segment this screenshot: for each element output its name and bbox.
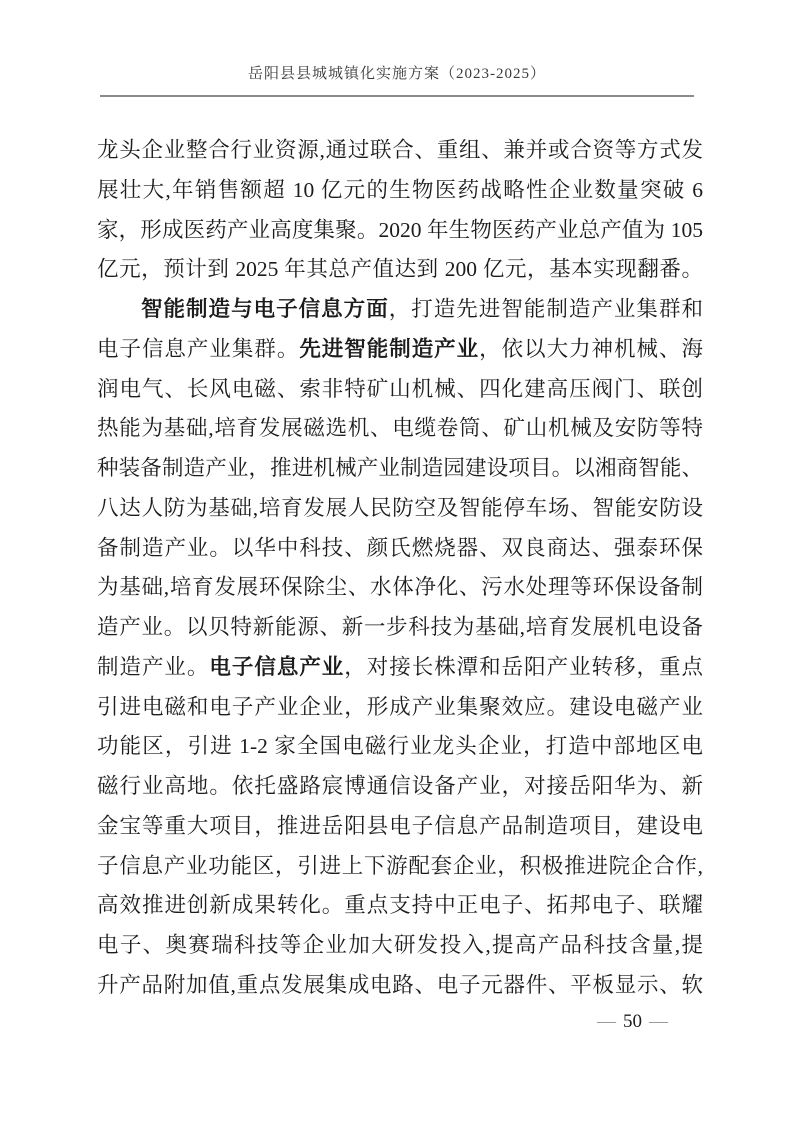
text-line: 智能制造与电子信息方面，打造先进智能制造产业集群和 xyxy=(97,290,703,330)
text-line: 热能为基础,培育发展磁选机、电缆卷筒、矿山机械及安防等特 xyxy=(97,409,703,449)
text-line: 金宝等重大项目，推进岳阳县电子信息产品制造项目，建设电 xyxy=(97,807,703,847)
text-line: 电子、奥赛瑞科技等企业加大研发投入,提高产品科技含量,提 xyxy=(97,926,703,966)
text-segment: 造产业。以贝特新能源、新一步科技为基础,培育发展机电设备 xyxy=(97,615,703,639)
text-line: 亿元，预计到 2025 年其总产值达到 200 亿元，基本实现翻番。 xyxy=(97,250,703,290)
text-segment: ，对接长株潭和岳阳产业转移，重点 xyxy=(344,655,703,679)
text-line: 功能区，引进 1-2 家全国电磁行业龙头企业，打造中部地区电 xyxy=(97,727,703,767)
text-segment: 电子、奥赛瑞科技等企业加大研发投入,提高产品科技含量,提 xyxy=(97,933,703,957)
text-segment: 热能为基础,培育发展磁选机、电缆卷筒、矿山机械及安防等特 xyxy=(97,416,703,440)
text-segment: 功能区，引进 1-2 家全国电磁行业龙头企业，打造中部地区电 xyxy=(97,734,703,758)
bold-text-segment: 智能制造与电子信息方面 xyxy=(141,297,389,321)
text-segment: 金宝等重大项目，推进岳阳县电子信息产品制造项目，建设电 xyxy=(97,814,703,838)
text-line: 升产品附加值,重点发展集成电路、电子元器件、平板显示、软 xyxy=(97,966,703,1006)
text-segment: 电子信息产业集群。 xyxy=(97,337,299,361)
text-segment: 润电气、长风电磁、索非特矿山机械、四化建高压阀门、联创 xyxy=(97,377,703,401)
text-segment: 子信息产业功能区，引进上下游配套企业，积极推进院企合作, xyxy=(97,854,703,878)
document-body: 龙头企业整合行业资源,通过联合、重组、兼并或合资等方式发展壮大,年销售额超 10… xyxy=(97,131,703,1006)
text-line: 龙头企业整合行业资源,通过联合、重组、兼并或合资等方式发 xyxy=(97,131,703,171)
text-line: 备制造产业。以华中科技、颜氏燃烧器、双良商达、强泰环保 xyxy=(97,529,703,569)
text-segment: 引进电磁和电子产业企业，形成产业集聚效应。建设电磁产业 xyxy=(97,695,703,719)
text-segment: 八达人防为基础,培育发展人民防空及智能停车场、智能安防设 xyxy=(97,496,703,520)
footer-page-number: 50 xyxy=(623,1011,642,1032)
text-line: 磁行业高地。依托盛路宸博通信设备产业，对接岳阳华为、新 xyxy=(97,767,703,807)
text-line: 制造产业。电子信息产业，对接长株潭和岳阳产业转移，重点 xyxy=(97,648,703,688)
text-segment: 高效推进创新成果转化。重点支持中正电子、拓邦电子、联耀 xyxy=(97,893,703,917)
footer-left-dash: — xyxy=(590,1011,623,1032)
text-line: 润电气、长风电磁、索非特矿山机械、四化建高压阀门、联创 xyxy=(97,370,703,410)
text-line: 展壮大,年销售额超 10 亿元的生物医药战略性企业数量突破 6 xyxy=(97,171,703,211)
text-segment: 种装备制造产业，推进机械产业制造园建设项目。以湘商智能、 xyxy=(97,456,703,480)
text-segment: 展壮大,年销售额超 10 亿元的生物医药战略性企业数量突破 6 xyxy=(97,178,703,202)
text-line: 家，形成医药产业高度集聚。2020 年生物医药产业总产值为 105 xyxy=(97,211,703,251)
text-segment: 升产品附加值,重点发展集成电路、电子元器件、平板显示、软 xyxy=(97,973,703,997)
page-header-title: 岳阳县县城城镇化实施方案（2023-2025） xyxy=(100,62,694,86)
page-footer: —50— xyxy=(590,1010,675,1034)
text-line: 八达人防为基础,培育发展人民防空及智能停车场、智能安防设 xyxy=(97,489,703,529)
footer-right-dash: — xyxy=(642,1011,675,1032)
header-rule xyxy=(100,95,694,97)
text-segment: 亿元，预计到 2025 年其总产值达到 200 亿元，基本实现翻番。 xyxy=(97,257,703,281)
text-line: 引进电磁和电子产业企业，形成产业集聚效应。建设电磁产业 xyxy=(97,688,703,728)
text-segment: 龙头企业整合行业资源,通过联合、重组、兼并或合资等方式发 xyxy=(97,138,703,162)
bold-text-segment: 先进智能制造产业 xyxy=(299,337,479,361)
text-segment: ，依以大力神机械、海 xyxy=(479,337,703,361)
text-segment: 备制造产业。以华中科技、颜氏燃烧器、双良商达、强泰环保 xyxy=(97,536,703,560)
text-segment: 磁行业高地。依托盛路宸博通信设备产业，对接岳阳华为、新 xyxy=(97,774,703,798)
text-line: 电子信息产业集群。先进智能制造产业，依以大力神机械、海 xyxy=(97,330,703,370)
text-line: 造产业。以贝特新能源、新一步科技为基础,培育发展机电设备 xyxy=(97,608,703,648)
text-line: 高效推进创新成果转化。重点支持中正电子、拓邦电子、联耀 xyxy=(97,886,703,926)
text-segment: 制造产业。 xyxy=(97,655,209,679)
bold-text-segment: 电子信息产业 xyxy=(209,655,344,679)
text-segment: 为基础,培育发展环保除尘、水体净化、污水处理等环保设备制 xyxy=(97,575,703,599)
text-line: 为基础,培育发展环保除尘、水体净化、污水处理等环保设备制 xyxy=(97,568,703,608)
document-page: 岳阳县县城城镇化实施方案（2023-2025） 龙头企业整合行业资源,通过联合、… xyxy=(0,0,794,1122)
text-line: 子信息产业功能区，引进上下游配套企业，积极推进院企合作, xyxy=(97,847,703,887)
text-line: 种装备制造产业，推进机械产业制造园建设项目。以湘商智能、 xyxy=(97,449,703,489)
text-segment: 家，形成医药产业高度集聚。2020 年生物医药产业总产值为 105 xyxy=(97,218,703,242)
text-segment: ，打造先进智能制造产业集群和 xyxy=(389,297,703,321)
